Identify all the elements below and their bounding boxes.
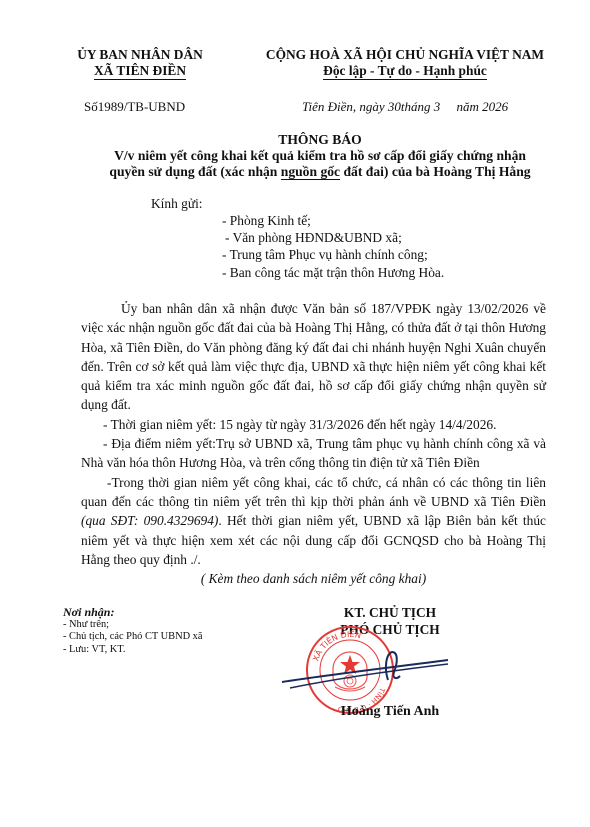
issuer-header: ỦY BAN NHÂN DÂN XÃ TIÊN ĐIỀN [55, 47, 225, 80]
issuer-line-1: ỦY BAN NHÂN DÂN [55, 47, 225, 63]
recipient-item: - Phòng Kinh tế; [222, 212, 444, 229]
date-line: Tiên Điền, ngày 30tháng 3 năm 2026 [302, 99, 508, 115]
recipients-footer: Nơi nhận: - Như trên; - Chủ tịch, các Ph… [63, 606, 203, 656]
contact-phone: (qua SĐT: 090.4329694) [81, 513, 218, 528]
recipient-item: - Ban công tác mặt trận thôn Hương Hòa. [222, 264, 444, 281]
footer-recipient: - Như trên; [63, 619, 203, 632]
recipients-list: - Phòng Kinh tế; - Văn phòng HĐND&UBND x… [222, 212, 444, 281]
recipient-item: - Trung tâm Phục vụ hành chính công; [222, 246, 444, 263]
nation-name: CỘNG HOÀ XÃ HỘI CHỦ NGHĨA VIỆT NAM [255, 47, 555, 63]
body-paragraph-3: -Trong thời gian niêm yết công khai, các… [81, 473, 546, 569]
para3-text: -Trong thời gian niêm yết công khai, các… [81, 475, 546, 509]
issuer-line-2: XÃ TIÊN ĐIỀN [94, 63, 186, 80]
document-title: THÔNG BÁO V/v niêm yết công khai kết quả… [70, 132, 570, 180]
footer-recipient: - Chủ tịch, các Phó CT UBND xã [63, 631, 203, 644]
document-body: Ủy ban nhân dân xã nhận được Văn bản số … [81, 299, 546, 588]
body-paragraph-1: Ủy ban nhân dân xã nhận được Văn bản số … [81, 299, 546, 415]
title-subject-2: quyền sử dụng đất (xác nhận nguồn gốc đấ… [70, 164, 570, 180]
document-number: Số1989/TB-UBND [84, 99, 185, 115]
signature-line-1: KT. CHỦ TỊCH [290, 605, 490, 622]
recipients-label: Kính gửi: [151, 196, 203, 212]
recipient-item: - Văn phòng HĐND&UBND xã; [222, 229, 444, 246]
subject-part: đất đai) của bà Hoàng Thị Hằng [340, 164, 531, 179]
title-subject-1: V/v niêm yết công khai kết quả kiểm tra … [70, 148, 570, 164]
footer-recipient: - Lưu: VT, KT. [63, 644, 203, 657]
title-main: THÔNG BÁO [70, 132, 570, 148]
subject-underlined: nguồn gốc [281, 164, 340, 180]
subject-part: quyền sử dụng đất (xác nhận [109, 164, 280, 179]
motto: Độc lập - Tự do - Hạnh phúc [323, 63, 487, 80]
nation-header: CỘNG HOÀ XÃ HỘI CHỦ NGHĨA VIỆT NAM Độc l… [255, 47, 555, 80]
attachment-note: ( Kèm theo danh sách niêm yết công khai) [81, 569, 546, 588]
recipients-footer-label: Nơi nhận: [63, 606, 203, 619]
posting-place: - Địa điểm niêm yết:Trụ sở UBND xã, Trun… [81, 434, 546, 473]
signer-name: Hoàng Tiến Anh [290, 704, 490, 720]
posting-time: - Thời gian niêm yết: 15 ngày từ ngày 31… [81, 415, 546, 434]
handwritten-signature-icon [280, 650, 450, 690]
